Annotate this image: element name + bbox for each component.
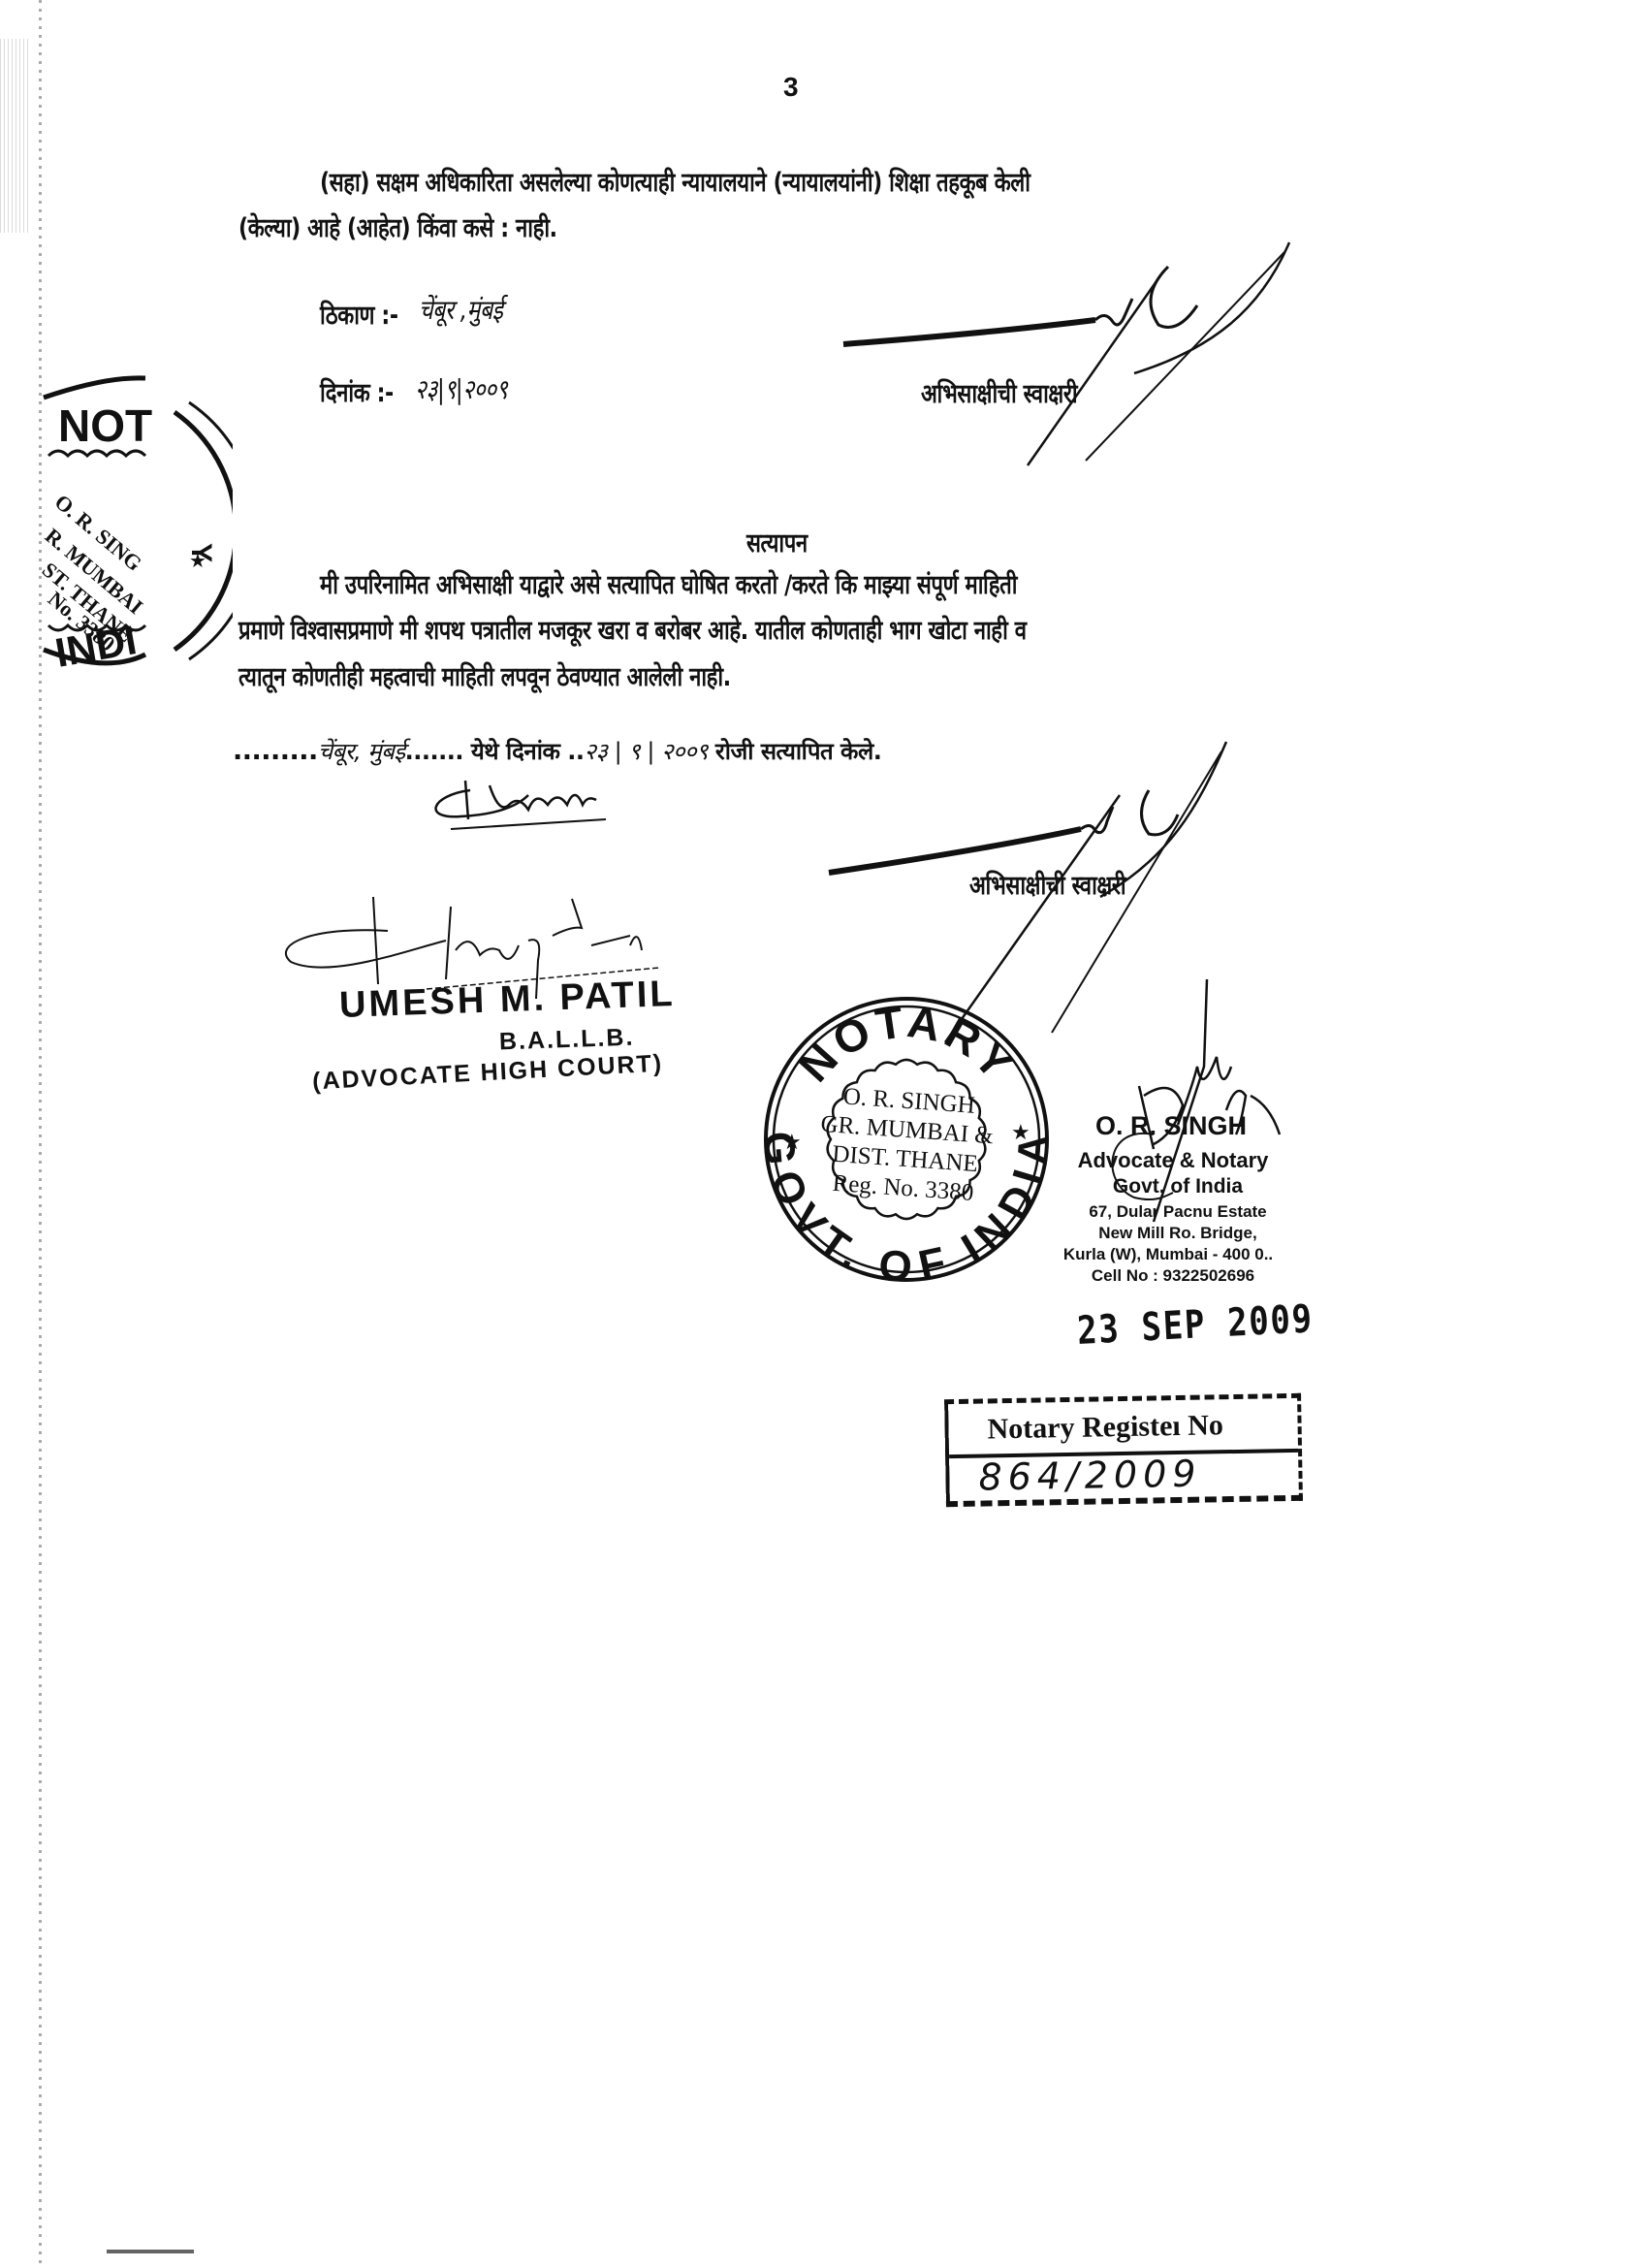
page-number: 3: [783, 72, 799, 103]
advocate-title: (ADVOCATE HIGH COURT): [311, 1050, 663, 1097]
scan-smudge: [107, 2250, 194, 2253]
verification-heading: सत्यापन: [746, 524, 808, 559]
deponent-signature-label-1: अभिसाक्षीची स्वाक्षरी: [921, 374, 1077, 410]
notary-cell: Cell No : 9322502696: [1037, 1266, 1309, 1286]
star-icon: ★: [1011, 1121, 1030, 1145]
verification-para-line-2: प्रमाणे विश्वासप्रमाणे मी शपथ पत्रातील म…: [238, 611, 1027, 647]
date-label: दिनांक :-: [320, 373, 394, 409]
verified-dots: .........: [233, 736, 318, 766]
svg-text:NOTARY: NOTARY: [788, 996, 1025, 1091]
deponent-signature-1: [843, 252, 1289, 479]
scan-edge-artifact: [39, 0, 42, 2268]
notary-line-1: Advocate & Notary: [1037, 1148, 1309, 1173]
notary-address-2: New Mill Ro. Bridge,: [1042, 1224, 1314, 1243]
register-label: Notary Registeı No: [987, 1409, 1223, 1446]
place-handwritten: चेंबूर ,मुंबई: [419, 291, 503, 328]
verification-para-line-3: त्यातून कोणतीही महत्वाची माहिती लपवून ठे…: [238, 657, 731, 693]
notary-name: O. R. SINGH: [1095, 1111, 1247, 1141]
notary-address-3: Kurla (W), Mumbai - 400 0..: [1032, 1245, 1304, 1264]
clause-line-1: (सहा) सक्षम अधिकारिता असलेल्या कोणत्याही…: [320, 163, 1030, 199]
seal-top-text: NOTARY: [788, 996, 1025, 1091]
svg-text:INDI: INDI: [51, 617, 140, 676]
scan-noise-artifact: [0, 39, 29, 233]
svg-text:NOT: NOT: [58, 400, 152, 451]
verified-place-handwritten: चेंबूर, मुंबई: [318, 735, 405, 767]
place-label: ठिकाण :-: [320, 296, 398, 332]
verified-at-line: .........चेंबूर, मुंबई....... येथे दिनां…: [233, 735, 881, 767]
notary-seal: NOTARY GOVT. OF INDIA ★ ★ O. R. SINGHGR.…: [761, 994, 1052, 1289]
clause-line-2: (केल्या) आहे (आहेत) किंवा कसे : नाही.: [238, 208, 557, 244]
advocate-initial-signature: [422, 776, 616, 847]
verified-date-label: ....... येथे दिनांक ..: [405, 735, 585, 767]
verified-date-handwritten: २३ | ९ | २००९: [584, 735, 708, 767]
date-handwritten: २३|९|२००९: [415, 370, 507, 407]
deponent-signature-label-2: अभिसाक्षीची स्वाक्षरी: [969, 866, 1125, 902]
notary-line-2: Govt. of India: [1042, 1175, 1314, 1198]
partial-notary-seal-left: NOT Y ★ O. R. SING R. MUMBAI ST. THANE N…: [29, 359, 233, 683]
verification-para-line-1: मी उपरिनामित अभिसाक्षी याद्वारे असे सत्य…: [320, 565, 1017, 601]
notary-address-1: 67, Dular Pacnu Estate: [1042, 1202, 1314, 1222]
notary-register-box: Notary Registeı No 864/2009: [944, 1393, 1303, 1507]
star-icon: ★: [782, 1131, 802, 1155]
date-stamp: 23 SEP 2009: [1076, 1296, 1315, 1354]
svg-text:★: ★: [189, 549, 206, 572]
register-number-handwritten: 864/2009: [978, 1453, 1202, 1499]
